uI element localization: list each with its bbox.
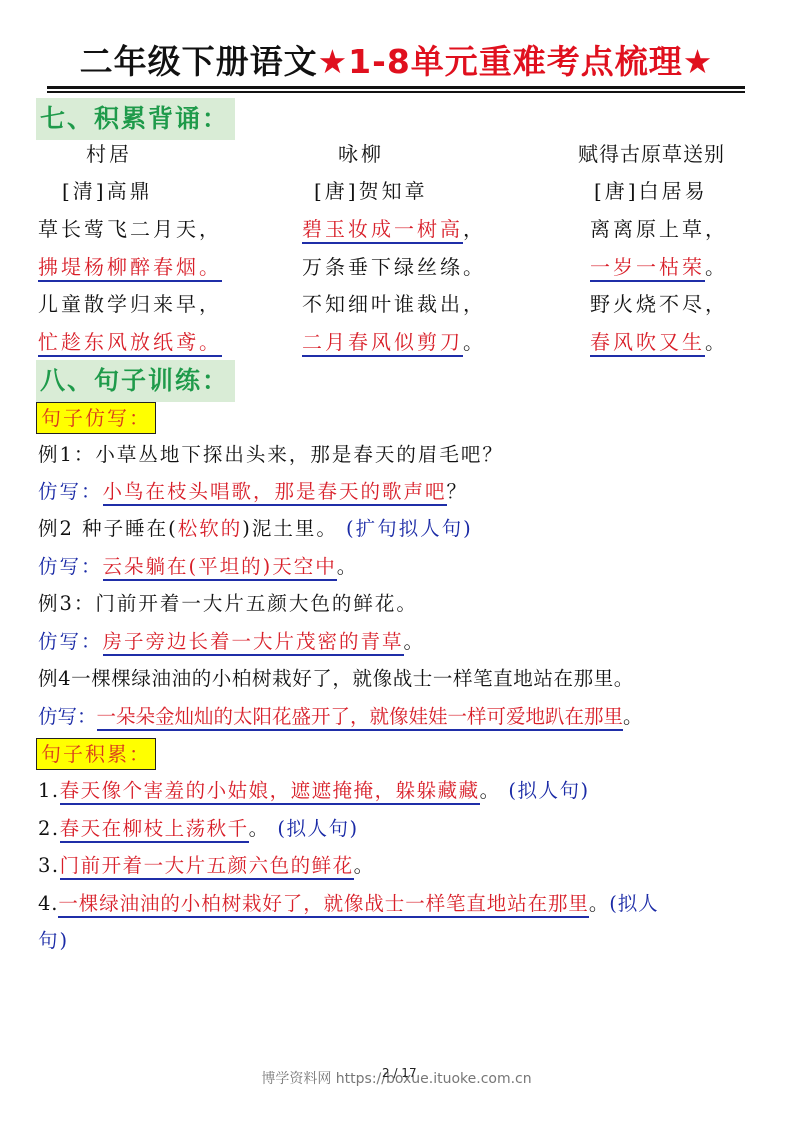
poem-author: [唐]贺知章 xyxy=(314,177,428,205)
accumulation-item-3: 3.门前开着一大片五颜六色的鲜花。 xyxy=(38,852,375,880)
title-rule-thin xyxy=(47,91,745,93)
poem-line-highlight: 一岁一枯荣。 xyxy=(590,253,728,281)
poem-line-highlight: 二月春风似剪刀。 xyxy=(302,328,486,356)
poem-line: 离离原上草， xyxy=(590,215,728,243)
example-4: 例4一棵棵绿油油的小柏树栽好了，就像战士一样笔直地站在那里。 xyxy=(38,665,634,693)
answer-4: 仿写：一朵朵金灿灿的太阳花盛开了，就像娃娃一样可爱地趴在那里。 xyxy=(38,703,643,731)
poem-line: 不知细叶谁裁出， xyxy=(302,290,486,318)
page-title: 二年级下册语文★1-8单元重难考点梳理★ xyxy=(0,40,793,84)
poem-line-highlight: 春风吹又生。 xyxy=(590,328,728,356)
page-number: 2 / 17 xyxy=(382,1066,417,1080)
title-rule-thick xyxy=(47,86,745,89)
poem-line-highlight: 拂堤杨柳醉春烟。 xyxy=(38,253,222,281)
poem-title: 赋得古原草送别 xyxy=(578,140,725,168)
answer-2: 仿写：云朵躺在(平坦的)天空中。 xyxy=(38,553,358,581)
example-2: 例2 种子睡在(松软的)泥土里。 (扩句拟人句) xyxy=(38,515,473,543)
subsection-tag-imitation: 句子仿写： xyxy=(36,402,156,434)
example-1: 例1：小草丛地下探出头来，那是春天的眉毛吧？ xyxy=(38,441,504,469)
accumulation-item-1: 1.春天像个害羞的小姑娘，遮遮掩掩，躲躲藏藏。 (拟人句) xyxy=(38,777,590,805)
example-3: 例3：门前开着一大片五颜大色的鲜花。 xyxy=(38,590,418,618)
answer-1: 仿写：小鸟在枝头唱歌，那是春天的歌声吧？ xyxy=(38,478,468,506)
section-heading-8: 八、句子训练： xyxy=(36,360,235,402)
poem-title: 村居 xyxy=(86,140,132,168)
poem-line-highlight: 忙趁东风放纸鸢。 xyxy=(38,328,222,356)
section-heading-7: 七、积累背诵： xyxy=(36,98,235,140)
subsection-tag-accumulation: 句子积累： xyxy=(36,738,156,770)
poem-line: 野火烧不尽， xyxy=(590,290,728,318)
poem-line: 万条垂下绿丝绦。 xyxy=(302,253,486,281)
poem-title: 咏柳 xyxy=(338,140,384,168)
accumulation-item-2: 2.春天在柳枝上荡秋千。 (拟人句) xyxy=(38,815,359,843)
answer-3: 仿写：房子旁边长着一大片茂密的青草。 xyxy=(38,628,425,656)
poem-line: 儿童散学归来早， xyxy=(38,290,222,318)
poem-author: [唐]白居易 xyxy=(594,177,708,205)
accumulation-item-4-note-cont: 句) xyxy=(38,927,69,955)
accumulation-item-4: 4.一棵绿油油的小柏树栽好了，就像战士一样笔直地站在那里。(拟人 xyxy=(38,890,659,918)
poem-author: [清]高鼎 xyxy=(62,177,153,205)
poem-line-highlight: 碧玉妆成一树高， xyxy=(302,215,486,243)
poem-line: 草长莺飞二月天， xyxy=(38,215,222,243)
